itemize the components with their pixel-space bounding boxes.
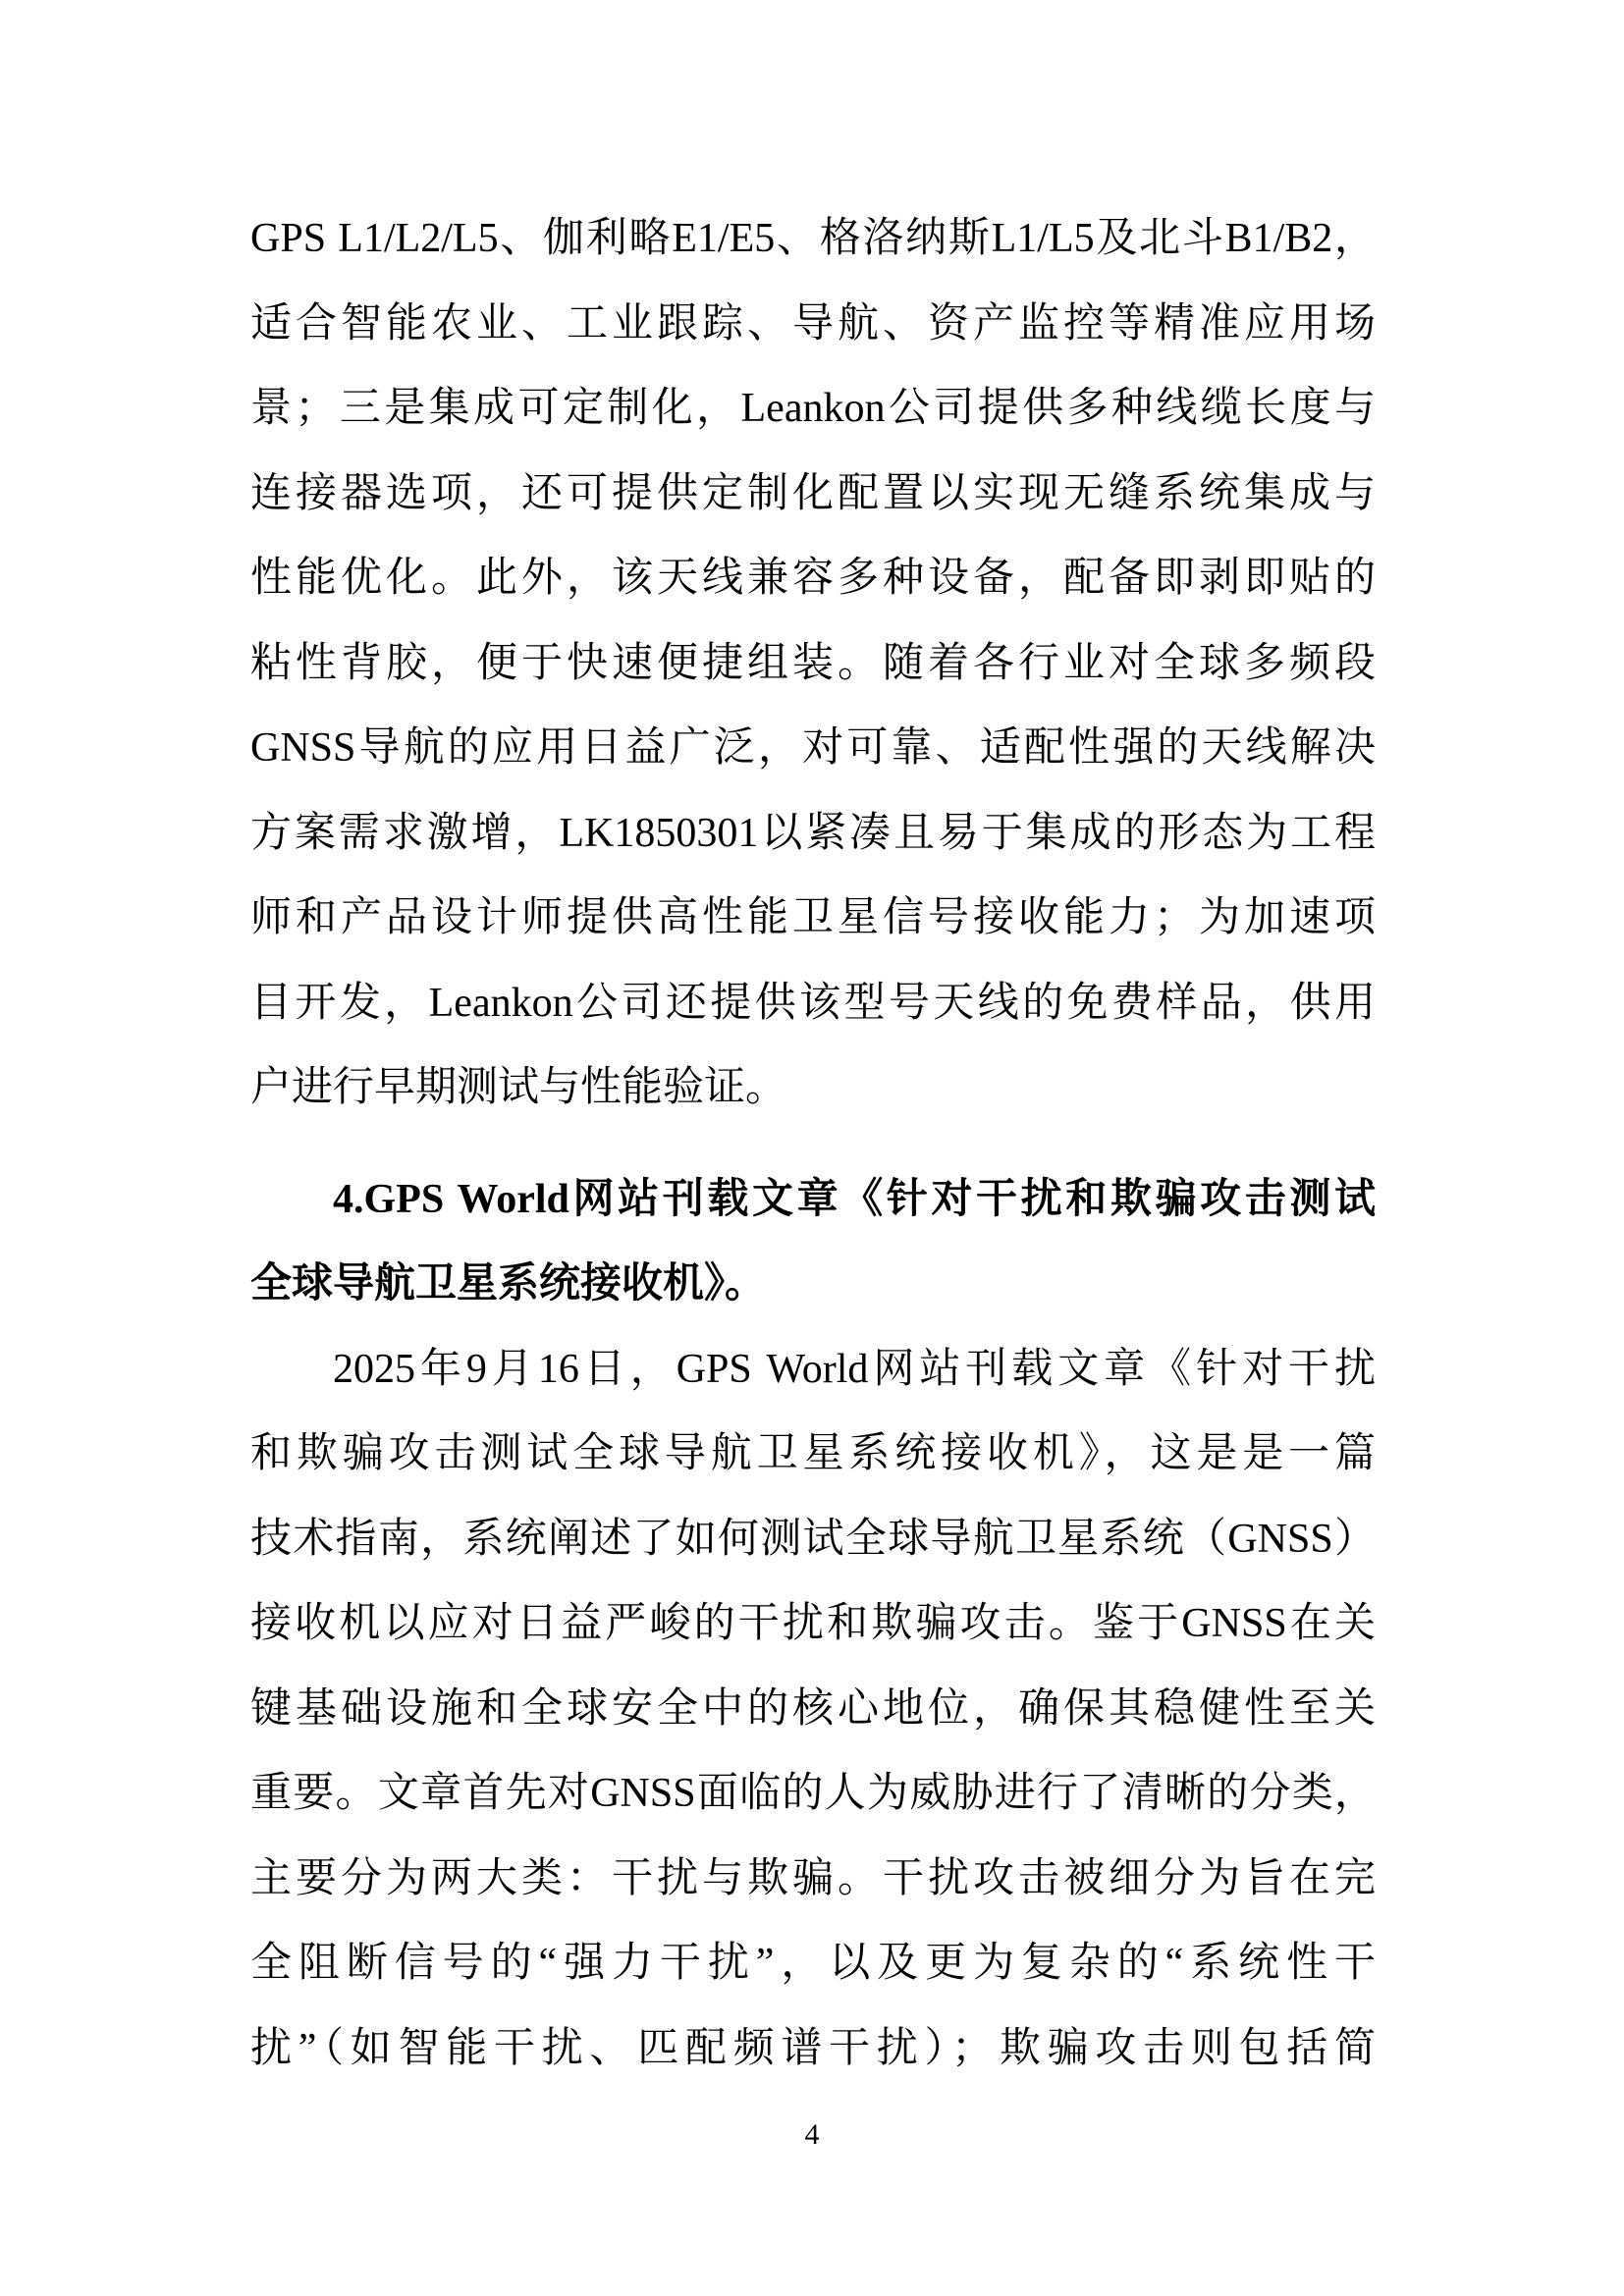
- text-line: 键基础设施和全球安全中的核心地位，确保其稳健性至关: [250, 1667, 1376, 1752]
- text-line: 景；三是集成可定制化，Leankon公司提供多种线缆长度与: [250, 366, 1376, 452]
- text-line: 方案需求激增，LK1850301以紧凑且易于集成的形态为工程: [250, 791, 1376, 877]
- section-heading: 4.GPS World网站刊载文章《针对干扰和欺骗攻击测试 全球导航卫星系统接收…: [250, 1157, 1376, 1327]
- text-line: 2025年9月16日，GPS World网站刊载文章《针对干扰: [250, 1327, 1376, 1413]
- text-line: 主要分为两大类：干扰与欺骗。干扰攻击被细分为旨在完: [250, 1837, 1376, 1922]
- text-line: 技术指南，系统阐述了如何测试全球导航卫星系统（GNSS）: [250, 1497, 1376, 1582]
- text-line: GNSS导航的应用日益广泛，对可靠、适配性强的天线解决: [250, 706, 1376, 791]
- text-line: 连接器选项，还可提供定制化配置以实现无缝系统集成与: [250, 452, 1376, 537]
- text-block: GPS L1/L2/L5、伽利略E1/E5、格洛纳斯L1/L5及北斗B1/B2，…: [250, 0, 1376, 2091]
- section-heading-line: 4.GPS World网站刊载文章《针对干扰和欺骗攻击测试: [250, 1157, 1376, 1243]
- text-line: 目开发，Leankon公司还提供该型号天线的免费样品，供用: [250, 961, 1376, 1046]
- text-line: 性能优化。此外，该天线兼容多种设备，配备即剥即贴的: [250, 536, 1376, 621]
- text-line: 户进行早期测试与性能验证。: [250, 1045, 1376, 1131]
- body-paragraph: 2025年9月16日，GPS World网站刊载文章《针对干扰 和欺骗攻击测试全…: [250, 1327, 1376, 2092]
- text-line: 适合智能农业、工业跟踪、导航、资产监控等精准应用场: [250, 282, 1376, 367]
- text-line: GPS L1/L2/L5、伽利略E1/E5、格洛纳斯L1/L5及北斗B1/B2，: [250, 196, 1376, 282]
- text-line: 师和产品设计师提供高性能卫星信号接收能力；为加速项: [250, 876, 1376, 961]
- text-line: 全阻断信号的“强力干扰”，以及更为复杂的“系统性干: [250, 1921, 1376, 2006]
- text-line: 粘性背胶，便于快速便捷组装。随着各行业对全球多频段: [250, 621, 1376, 707]
- text-line: 重要。文章首先对GNSS面临的人为威胁进行了清晰的分类，: [250, 1751, 1376, 1837]
- text-line: 接收机以应对日益严峻的干扰和欺骗攻击。鉴于GNSS在关: [250, 1581, 1376, 1667]
- section-heading-line: 全球导航卫星系统接收机》。: [250, 1242, 1376, 1327]
- body-paragraph: GPS L1/L2/L5、伽利略E1/E5、格洛纳斯L1/L5及北斗B1/B2，…: [250, 196, 1376, 1131]
- page-number: 4: [0, 2120, 1624, 2150]
- text-line: 扰”（如智能干扰、匹配频谱干扰）；欺骗攻击则包括简: [250, 2006, 1376, 2092]
- text-line: 和欺骗攻击测试全球导航卫星系统接收机》，这是是一篇: [250, 1412, 1376, 1497]
- document-page: GPS L1/L2/L5、伽利略E1/E5、格洛纳斯L1/L5及北斗B1/B2，…: [0, 0, 1624, 2296]
